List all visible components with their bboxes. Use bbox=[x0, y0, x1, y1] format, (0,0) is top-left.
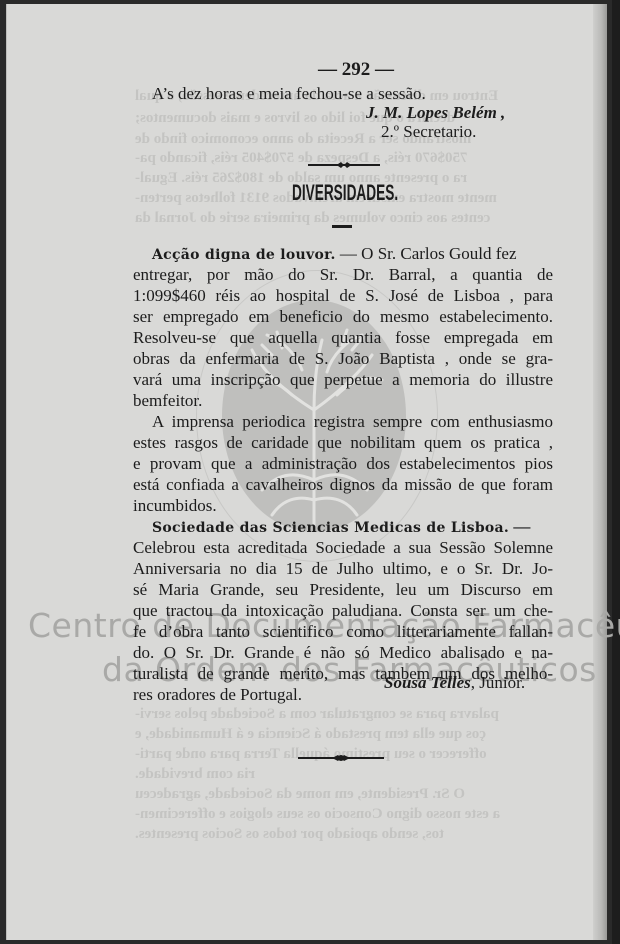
article-1-p2-line: incumbidos. bbox=[133, 496, 217, 516]
signature-suffix: , Junior. bbox=[471, 673, 525, 692]
article-1-line: — O Sr. Carlos Gould fez bbox=[336, 244, 517, 263]
article-1-p2-line: e provam que a administração dos estabel… bbox=[133, 454, 553, 474]
article-2-heading: Sociedade das Sciencias Medicas de Lisbo… bbox=[152, 520, 509, 536]
article-2-line: sé Maria Grande, seu Presidente, leu um … bbox=[133, 580, 553, 600]
article-1-line: bemfeitor. bbox=[133, 391, 202, 411]
article-2-dash: — bbox=[509, 517, 530, 536]
page-content: — 292 — A’s dez horas e meia fechou-se a… bbox=[0, 0, 620, 944]
article-1-first-line: Acção digna de louvor. — O Sr. Carlos Go… bbox=[152, 244, 517, 265]
article-1-line: ser empregado em beneficio do mesmo esta… bbox=[133, 307, 553, 327]
signature-title: 2.º Secretario. bbox=[381, 122, 476, 142]
article-1-line: Resolveu-se que aquella quantia fosse em… bbox=[133, 328, 553, 348]
article-2-line: que tractou da intoxicação paludiana. Co… bbox=[133, 601, 553, 621]
article-2-line: Celebrou esta acreditada Sociedade a sua… bbox=[133, 538, 553, 558]
article-1-heading: Acção digna de louvor. bbox=[152, 247, 336, 263]
page-number: — 292 — bbox=[318, 60, 394, 80]
article-1-p2-line: está confiada a cavalheiros dignos da mi… bbox=[133, 475, 553, 495]
signature-name: J. M. Lopes Belém , bbox=[366, 103, 505, 123]
article-1-line: 1:099$460 réis ao hospital de S. José de… bbox=[133, 286, 553, 306]
article-2-line: do. O Sr. Dr. Grande é não só Medico aba… bbox=[133, 643, 553, 663]
article-2-signature: Sousa Telles, Junior. bbox=[384, 673, 525, 693]
ornament-divider-icon bbox=[308, 156, 380, 174]
article-1-line: obras da enfermaria de S. João Baptista … bbox=[133, 349, 553, 369]
article-2-line: fe d’obra tanto scientifico como littera… bbox=[133, 622, 553, 642]
section-title: DIVERSIDADES. bbox=[292, 180, 398, 206]
article-1-p2-line: A imprensa periodica registra sempre com… bbox=[152, 412, 553, 432]
ornament-divider-icon bbox=[298, 749, 384, 767]
signature-name: Sousa Telles bbox=[384, 673, 471, 692]
closing-line: A’s dez horas e meia fechou-se a sessão. bbox=[152, 84, 426, 104]
article-1-p2-line: estes rasgos de caridade que nobilitam q… bbox=[133, 433, 553, 453]
article-2-line: Anniversaria no dia 15 de Julho ultimo, … bbox=[133, 559, 553, 579]
article-1-line: vará uma inscripção que perpetue a memor… bbox=[133, 370, 553, 390]
article-1-line: entregar, por mão do Sr. Dr. Barral, a q… bbox=[133, 265, 553, 285]
article-2-first-line: Sociedade das Sciencias Medicas de Lisbo… bbox=[152, 517, 530, 538]
title-rule bbox=[332, 225, 352, 228]
article-2-line: res oradores de Portugal. bbox=[133, 685, 302, 705]
